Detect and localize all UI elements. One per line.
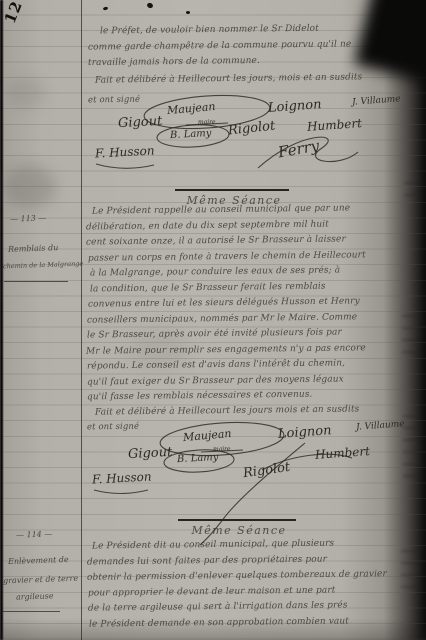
signature: Loignon (268, 97, 322, 116)
ink-speck (103, 6, 109, 10)
margin-label-line: Enlèvement de (8, 555, 69, 566)
text-line: passer un corps en fonte à travers le ch… (88, 251, 366, 264)
margin-underline (2, 611, 60, 612)
paper-stain (4, 165, 56, 209)
heading-rule (175, 189, 289, 191)
margin-underline (4, 281, 68, 282)
adjacent-page-text-marks (402, 315, 420, 355)
text-line: Le Président dit au conseil municipal, q… (92, 540, 334, 553)
signature: F. Husson (95, 143, 155, 160)
closing-line: et ont signé (87, 423, 139, 433)
text-line: conseillers municipaux, nommés par Mr le… (87, 313, 357, 326)
signature: Rigolot (227, 119, 276, 139)
text-line: obtenir la permission d'enlever quelques… (87, 570, 387, 584)
adjacent-page-text-marks (404, 182, 422, 200)
adjacent-page-text-marks (401, 550, 419, 595)
scanned-register-page: 12 le Préfet, de vouloir bien nommer le … (0, 0, 426, 640)
text-line: de la terre argileuse qui sert à l'irrig… (88, 601, 348, 614)
signature-mayor: Maujean (183, 427, 232, 444)
signature: Rigolot (242, 460, 291, 481)
text-line: cent soixante onze, il a autorisé le Sr … (86, 235, 346, 248)
signature: B. Lamy (177, 452, 219, 465)
text-line: convenus entre lui et les sieurs délégué… (88, 297, 360, 310)
text-line: Le Président rappelle au conseil municip… (92, 204, 350, 217)
adjacent-page-text-marks (403, 415, 421, 480)
signature-mayor: Maujean (167, 100, 216, 117)
text-line: répondu. Le conseil est d'avis dans l'in… (87, 359, 345, 372)
text-line: le Sr Brasseur, après avoir été invité p… (87, 328, 342, 341)
ink-speck (186, 11, 190, 14)
signature: Humbert (315, 444, 371, 462)
margin-label-line: Remblais du (8, 243, 59, 254)
text-line: qu'il fasse les remblais nécessaires et … (87, 391, 313, 404)
text-line: demandes lui sont faites par des proprié… (87, 556, 327, 569)
margin-label-line: gravier et de terre (3, 574, 78, 586)
signature: B. Lamy (170, 128, 212, 141)
margin-vertical-rule (81, 0, 82, 640)
margin-label-line: chemin de la Malgrange (3, 260, 83, 271)
husson-flourish-b (94, 490, 148, 494)
text-line: Fait et délibéré à Heillecourt les jours… (95, 405, 360, 418)
signature: Gigout (128, 445, 173, 462)
signature-mayor-title: maire (198, 119, 216, 126)
signature: Ferry (277, 137, 321, 162)
page-number: 12 (1, 0, 26, 26)
heading-rule (178, 519, 296, 521)
text-line: le Préfet, de vouloir bien nommer le Sr … (100, 25, 319, 38)
signature: F. Husson (92, 469, 152, 486)
text-line: Mr le Maire pour remplir ses engagements… (86, 344, 366, 357)
husson-flourish-a (96, 164, 154, 168)
signature: Gigout (118, 114, 163, 131)
margin-label-line: argileuse (16, 591, 54, 601)
text-line: à la Malgrange, pour conduire les eaux d… (90, 266, 340, 279)
text-line: pour approprier le devant de leur maison… (88, 586, 336, 599)
text-line: comme garde champêtre de la commune pour… (88, 40, 351, 53)
signature: J. Villaume (352, 94, 401, 107)
closing-line: et ont signé (88, 96, 140, 106)
paper-stain (6, 78, 46, 108)
ink-speck (146, 2, 153, 9)
signature: J. Villaume (356, 419, 405, 432)
section-heading: Même Séance (180, 524, 298, 537)
text-line: la condition, que le Sr Brasseur ferait … (90, 283, 326, 296)
text-line: le Président demande en son approbation … (89, 617, 349, 630)
margin-entry-number: — 113 — (10, 213, 47, 223)
text-line: délibération, en date du dix sept septem… (86, 221, 329, 234)
text-line: Fait et délibéré à Heillecourt les jours… (95, 73, 362, 86)
signature: Loignon (278, 423, 332, 442)
text-line: travaille jamais hors de la commune. (88, 57, 260, 69)
signature: Humbert (307, 116, 363, 134)
top-right-shadow (354, 0, 426, 83)
margin-entry-number: — 114 — (16, 529, 53, 539)
left-scan-edge (0, 0, 3, 640)
text-line: qu'il faut exiger du Sr Brasseur par des… (87, 375, 344, 388)
